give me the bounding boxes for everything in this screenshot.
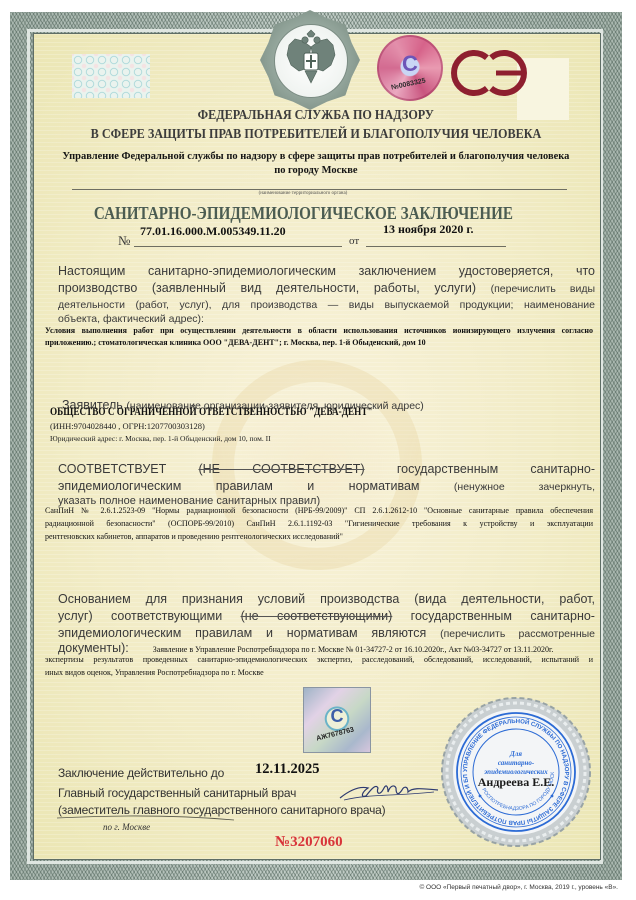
form-serial-number: №3207060 xyxy=(275,834,343,851)
basis-documents-label: документы): xyxy=(58,641,129,655)
basis-documents-1: Заявление в Управление Роспотребнадзора … xyxy=(153,645,554,654)
top-hologram-serial: №0083325 xyxy=(391,77,427,92)
compliance-line-1: СООТВЕТСТВУЕТ (НЕ СООТВЕТСТВУЕТ) государ… xyxy=(58,462,595,477)
department-city: по городу Москве xyxy=(274,164,357,177)
applicant-address: Юридический адрес: г. Москва, пер. 1-й О… xyxy=(50,434,271,444)
conclusion-date: 13 ноября 2020 г. xyxy=(383,222,473,237)
official-stamp-icon: УПРАВЛЕНИЕ ФЕДЕРАЛЬНОЙ СЛУЖБЫ ПО НАДЗОРУ… xyxy=(440,696,592,848)
agency-heading-1: ФЕДЕРАЛЬНАЯ СЛУЖБА ПО НАДЗОРУ xyxy=(33,106,599,124)
compliance-status: СООТВЕТСТВУЕТ xyxy=(58,462,166,476)
applicant-ids: (ИНН:9704028440 , ОГРН:1207700303128) xyxy=(50,421,205,431)
certification-line-2-note: (перечислить виды xyxy=(491,283,595,295)
number-underline xyxy=(134,246,342,247)
bottom-hologram: С АЖ7678763 xyxy=(303,687,371,753)
certification-line-2-text: производство (заявленный вид деятельност… xyxy=(58,281,476,295)
sanitary-rules-3: рентгеновских кабинетов, аппаратов и про… xyxy=(45,532,593,542)
bottom-hologram-serial: АЖ7678763 xyxy=(316,726,355,743)
basis-line-3: эпидемиологическим правилам и нормативам… xyxy=(58,626,595,641)
compliance-line-2: эпидемиологическим правилам и нормативам… xyxy=(58,479,595,494)
basis-struck: (не соответствующими) xyxy=(241,609,393,623)
agency-name-line1: ФЕДЕРАЛЬНАЯ СЛУЖБА ПО НАДЗОРУ xyxy=(198,108,434,124)
coat-of-arms-icon xyxy=(274,24,348,98)
basis-line-2: услуг) соответствующими (не соответствую… xyxy=(58,609,595,624)
number-label: № xyxy=(118,233,130,249)
signatory-title: Главный государственный санитарный врач xyxy=(58,786,296,800)
document-title-row: САНИТАРНО-ЭПИДЕМИОЛОГИЧЕСКОЕ ЗАКЛЮЧЕНИЕ xyxy=(20,203,586,224)
stamp-center-line-2: санитарно- xyxy=(498,759,535,767)
certification-line-2: производство (заявленный вид деятельност… xyxy=(58,281,595,296)
certification-line-4: объекта, фактический адрес): xyxy=(58,312,595,327)
signatory-underline xyxy=(56,812,236,822)
basis-line-1: Основанием для признания условий произво… xyxy=(58,592,595,607)
hologram-c-icon: С xyxy=(399,52,421,76)
compliance-line-2-note: (ненужное зачеркнуть, xyxy=(454,481,595,493)
agency-heading-2: В СФЕРЕ ЗАЩИТЫ ПРАВ ПОТРЕБИТЕЛЕЙ И БЛАГО… xyxy=(33,125,599,143)
sanitary-rules-1: СанПиН № 2.6.1.2523-09 "Нормы радиационн… xyxy=(45,506,593,516)
basis-documents-2: экспертизы результатов проведенных санит… xyxy=(45,655,593,665)
compliance-line-2-text: эпидемиологическим правилам и нормативам xyxy=(58,479,420,493)
department-underline xyxy=(72,189,567,190)
activity-description-1: Условия выполнения работ при осуществлен… xyxy=(45,326,593,336)
validity-date: 12.11.2025 xyxy=(255,761,319,778)
basis-line-3-text: эпидемиологическим правилам и нормативам… xyxy=(58,626,426,640)
basis-documents-3: иных видов оценок, Управления Роспотребн… xyxy=(45,668,593,678)
agency-name-line2: В СФЕРЕ ЗАЩИТЫ ПРАВ ПОТРЕБИТЕЛЕЙ И БЛАГО… xyxy=(91,127,542,143)
certificate-page: С №0083325 ФЕДЕРАЛЬНАЯ СЛУЖБА ПО НАДЗОРУ… xyxy=(0,0,636,900)
document-title: САНИТАРНО-ЭПИДЕМИОЛОГИЧЕСКОЕ ЗАКЛЮЧЕНИЕ xyxy=(93,203,512,223)
validity-label: Заключение действительно до xyxy=(58,766,224,780)
printer-imprint: © ООО «Первый печатный двор», г. Москва,… xyxy=(419,884,618,892)
date-label: от xyxy=(349,235,359,247)
top-hologram: С №0083325 xyxy=(377,35,443,101)
basis-line-4: документы):Заявление в Управление Роспот… xyxy=(58,641,603,656)
department-caption: (наименование территориального органа) xyxy=(20,191,586,197)
basis-line-2-text: услуг) соответствующими xyxy=(58,609,222,623)
double-headed-eagle-icon xyxy=(275,25,347,97)
compliance-status-struck: (НЕ СООТВЕТСТВУЕТ) xyxy=(198,462,364,476)
hologram-c-icon: С xyxy=(326,705,348,727)
compliance-line-1-rest: государственным санитарно- xyxy=(397,462,595,476)
department-line-2: по городу Москве xyxy=(33,160,599,178)
stamp-center-line-1: Для xyxy=(509,750,522,758)
certification-line-3: деятельности (работ, услуг), для произво… xyxy=(58,298,595,313)
stamp-signer-name: Андреева Е.Е. xyxy=(478,775,554,789)
basis-line-3-note: (перечислить рассмотренные xyxy=(440,628,595,640)
se-logo-icon xyxy=(450,46,530,102)
applicant-name: ОБЩЕСТВО С ОГРАНИЧЕННОЙ ОТВЕТСТВЕННОСТЬЮ… xyxy=(50,406,373,419)
sanitary-rules-2: радиационной безопасности" (ОСПОРБ-99/20… xyxy=(45,519,593,529)
signatory-city: по г. Москве xyxy=(103,822,150,832)
activity-description-2: приложению.; стоматологическая клиника О… xyxy=(45,338,593,348)
conclusion-number: 77.01.16.000.М.005349.11.20 xyxy=(140,224,286,239)
signature-icon xyxy=(338,776,442,806)
date-underline xyxy=(366,246,506,247)
basis-line-2-rest: государственным санитарно- xyxy=(411,609,595,623)
security-pattern-patch xyxy=(72,54,150,98)
certification-line-1: Настоящим санитарно-эпидемиологическим з… xyxy=(58,264,595,279)
